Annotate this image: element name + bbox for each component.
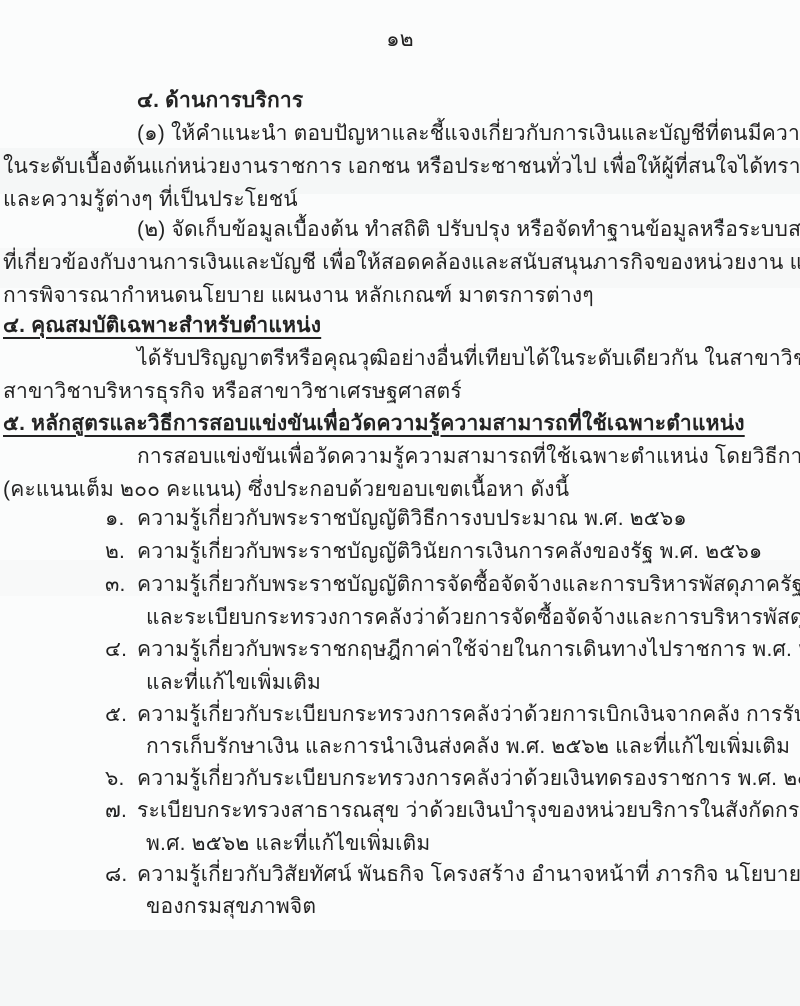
topic-number: ๓. xyxy=(105,571,126,598)
service-item1-line: (๑) ให้คำแนะนำ ตอบปัญหาและชี้แจงเกี่ยวกั… xyxy=(137,120,800,147)
service-item1-line: และความรู้ต่างๆ ที่เป็นประโยชน์ xyxy=(3,186,298,213)
service-item1-line: ในระดับเบื้องต้นแก่หน่วยงานราชการ เอกชน … xyxy=(3,153,800,180)
exam-section-heading: ๕. หลักสูตรและวิธีการสอบแข่งขันเพื่อวัดค… xyxy=(3,410,745,437)
service-item2-line: การพิจารณากำหนดนโยบาย แผนงาน หลักเกณฑ์ ม… xyxy=(3,282,594,309)
topic-number: ๑. xyxy=(105,505,125,532)
topic-text: ความรู้เกี่ยวกับพระราชบัญญัติวิธีการงบปร… xyxy=(137,505,687,532)
exam-intro-line: การสอบแข่งขันเพื่อวัดความรู้ความสามารถที… xyxy=(137,443,800,470)
exam-intro-line: (คะแนนเต็ม ๒๐๐ คะแนน) ซึ่งประกอบด้วยขอบเ… xyxy=(3,476,569,503)
topic-number: ๗. xyxy=(105,797,127,824)
topic-number: ๘. xyxy=(105,861,127,888)
topic-text-continuation: การเก็บรักษาเงิน และการนำเงินส่งคลัง พ.ศ… xyxy=(146,733,790,760)
topic-text: ความรู้เกี่ยวกับพระราชบัญญัติวินัยการเงิ… xyxy=(137,538,762,565)
service-item2-line: ที่เกี่ยวข้องกับงานการเงินและบัญชี เพื่อ… xyxy=(3,249,800,276)
topic-text: ความรู้เกี่ยวกับวิสัยทัศน์ พันธกิจ โครงส… xyxy=(137,861,800,888)
service-section-heading: ๔. ด้านการบริการ xyxy=(137,87,303,114)
topic-number: ๒. xyxy=(105,538,125,565)
topic-text: ระเบียบกระทรวงสาธารณสุข ว่าด้วยเงินบำรุง… xyxy=(137,797,800,824)
topic-text: ความรู้เกี่ยวกับพระราชบัญญัติการจัดซื้อจ… xyxy=(137,571,800,598)
topic-text: ความรู้เกี่ยวกับพระราชกฤษฎีกาค่าใช้จ่ายใ… xyxy=(137,636,800,663)
scan-shade-band xyxy=(0,930,800,1006)
topic-text-continuation: และระเบียบกระทรวงการคลังว่าด้วยการจัดซื้… xyxy=(146,604,800,631)
qualification-section-heading: ๔. คุณสมบัติเฉพาะสำหรับตำแหน่ง xyxy=(3,312,321,339)
qualification-body-line: สาขาวิชาบริหารธุรกิจ หรือสาขาวิชาเศรษฐศา… xyxy=(3,378,462,405)
topic-text: ความรู้เกี่ยวกับระเบียบกระทรวงการคลังว่า… xyxy=(137,701,800,728)
topic-number: ๖. xyxy=(105,765,125,792)
topic-text-continuation: ของกรมสุขภาพจิต xyxy=(146,893,316,920)
topic-text: ความรู้เกี่ยวกับระเบียบกระทรวงการคลังว่า… xyxy=(137,765,800,792)
service-item2-line: (๒) จัดเก็บข้อมูลเบื้องต้น ทำสถิติ ปรับป… xyxy=(137,216,800,243)
topic-text-continuation: พ.ศ. ๒๕๖๒ และที่แก้ไขเพิ่มเติม xyxy=(146,830,430,857)
page-number: ๑๒ xyxy=(0,26,800,53)
document-page: ๑๒ ๔. ด้านการบริการ (๑) ให้คำแนะนำ ตอบปั… xyxy=(0,0,800,1006)
topic-number: ๔. xyxy=(105,636,127,663)
topic-text-continuation: และที่แก้ไขเพิ่มเติม xyxy=(146,669,321,696)
qualification-body-line: ได้รับปริญญาตรีหรือคุณวุฒิอย่างอื่นที่เท… xyxy=(137,345,800,372)
topic-number: ๕. xyxy=(105,701,127,728)
